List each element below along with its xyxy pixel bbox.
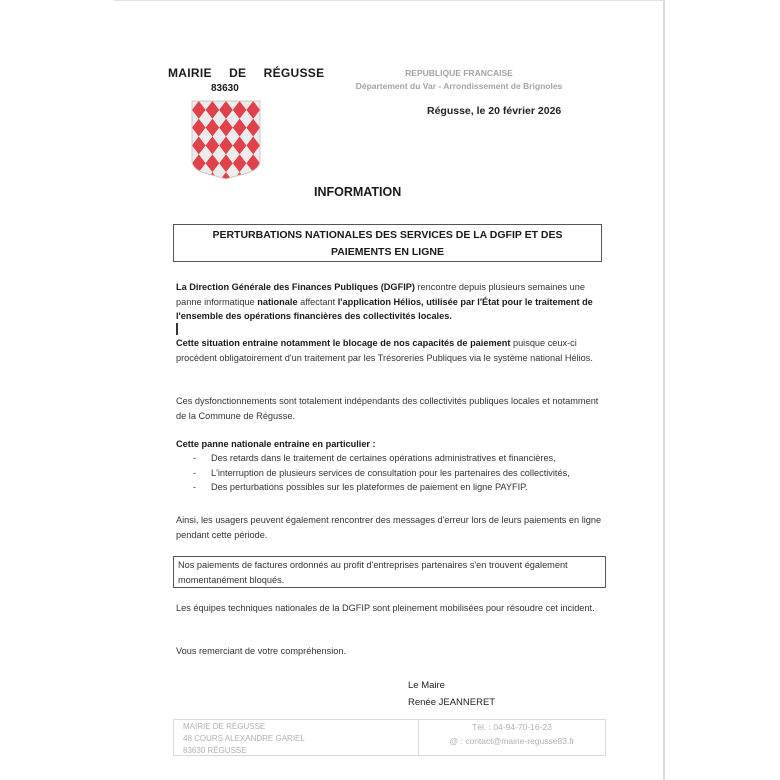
footer-phone: Tél. : 04-94-70-16-23 bbox=[419, 720, 605, 734]
document-heading: INFORMATION bbox=[314, 185, 401, 199]
dash-icon: - bbox=[193, 466, 196, 481]
mairie-name: MAIRIE DE RÉGUSSE bbox=[168, 66, 324, 80]
footer-email: @ : contact@mairie-regusse83.fr bbox=[419, 734, 605, 748]
paragraph-3: Ces dysfonctionnements sont totalement i… bbox=[176, 394, 606, 423]
footer-table: MAIRIE DE RÉGUSSE 48 COURS ALEXANDRE GAR… bbox=[173, 719, 606, 756]
department-label: Département du Var - Arrondissement de B… bbox=[344, 80, 574, 93]
p1-bold-1: La Direction Générale des Finances Publi… bbox=[176, 282, 415, 292]
list-item-text: L'interruption de plusieurs services de … bbox=[211, 468, 570, 478]
paragraph-2: Cette situation entraine notamment le bl… bbox=[176, 336, 606, 365]
p1-bold-2: nationale bbox=[257, 297, 297, 307]
list-item-text: Des perturbations possibles sur les plat… bbox=[211, 482, 528, 492]
highlighted-note: Nos paiements de factures ordonnés au pr… bbox=[173, 556, 606, 588]
dash-icon: - bbox=[193, 451, 196, 466]
shield-lozenges-icon bbox=[190, 99, 262, 181]
list-intro: Cette panne nationale entraine en partic… bbox=[176, 437, 606, 452]
bullet-list: -Des retards dans le traitement de certa… bbox=[176, 451, 606, 495]
footer-street: 48 COURS ALEXANDRE GARIEL bbox=[183, 733, 409, 745]
text-cursor bbox=[176, 323, 178, 335]
republic-header: REPUBLIQUE FRANCAISE Département du Var … bbox=[344, 67, 574, 93]
dash-icon: - bbox=[193, 480, 196, 495]
list-intro-text: Cette panne nationale entraine en partic… bbox=[176, 439, 376, 449]
list-item: -L'interruption de plusieurs services de… bbox=[176, 466, 606, 481]
republic-label: REPUBLIQUE FRANCAISE bbox=[344, 67, 574, 80]
p2-bold-1: Cette situation entraine notamment le bl… bbox=[176, 338, 510, 348]
title-line-2: PAIEMENTS EN LIGNE bbox=[174, 244, 601, 261]
paragraph-1: La Direction Générale des Finances Publi… bbox=[176, 280, 606, 324]
p1-text-2: affectant bbox=[298, 297, 338, 307]
paragraph-4: Ainsi, les usagers peuvent également ren… bbox=[176, 513, 606, 542]
footer-city: 83630 RÉGUSSE bbox=[183, 745, 409, 757]
signature-name: Renée JEANNERET bbox=[408, 694, 495, 711]
paragraph-6: Vous remerciant de votre compréhension. bbox=[176, 644, 606, 659]
list-item: -Des perturbations possibles sur les pla… bbox=[176, 480, 606, 495]
postal-code: 83630 bbox=[211, 83, 239, 94]
paragraph-5: Les équipes techniques nationales de la … bbox=[176, 601, 606, 616]
document-date: Régusse, le 20 février 2026 bbox=[427, 105, 561, 117]
title-line-1: PERTURBATIONS NATIONALES DES SERVICES DE… bbox=[174, 227, 601, 244]
footer-contact: Tél. : 04-94-70-16-23 @ : contact@mairie… bbox=[419, 720, 605, 755]
signature-role: Le Maire bbox=[408, 677, 495, 694]
footer-mairie: MAIRIE DE RÉGUSSE bbox=[183, 721, 409, 733]
signature-block: Le Maire Renée JEANNERET bbox=[408, 677, 495, 711]
document-title-box: PERTURBATIONS NATIONALES DES SERVICES DE… bbox=[173, 224, 602, 262]
list-item-text: Des retards dans le traitement de certai… bbox=[211, 453, 556, 463]
footer-address: MAIRIE DE RÉGUSSE 48 COURS ALEXANDRE GAR… bbox=[174, 720, 419, 755]
list-item: -Des retards dans le traitement de certa… bbox=[176, 451, 606, 466]
